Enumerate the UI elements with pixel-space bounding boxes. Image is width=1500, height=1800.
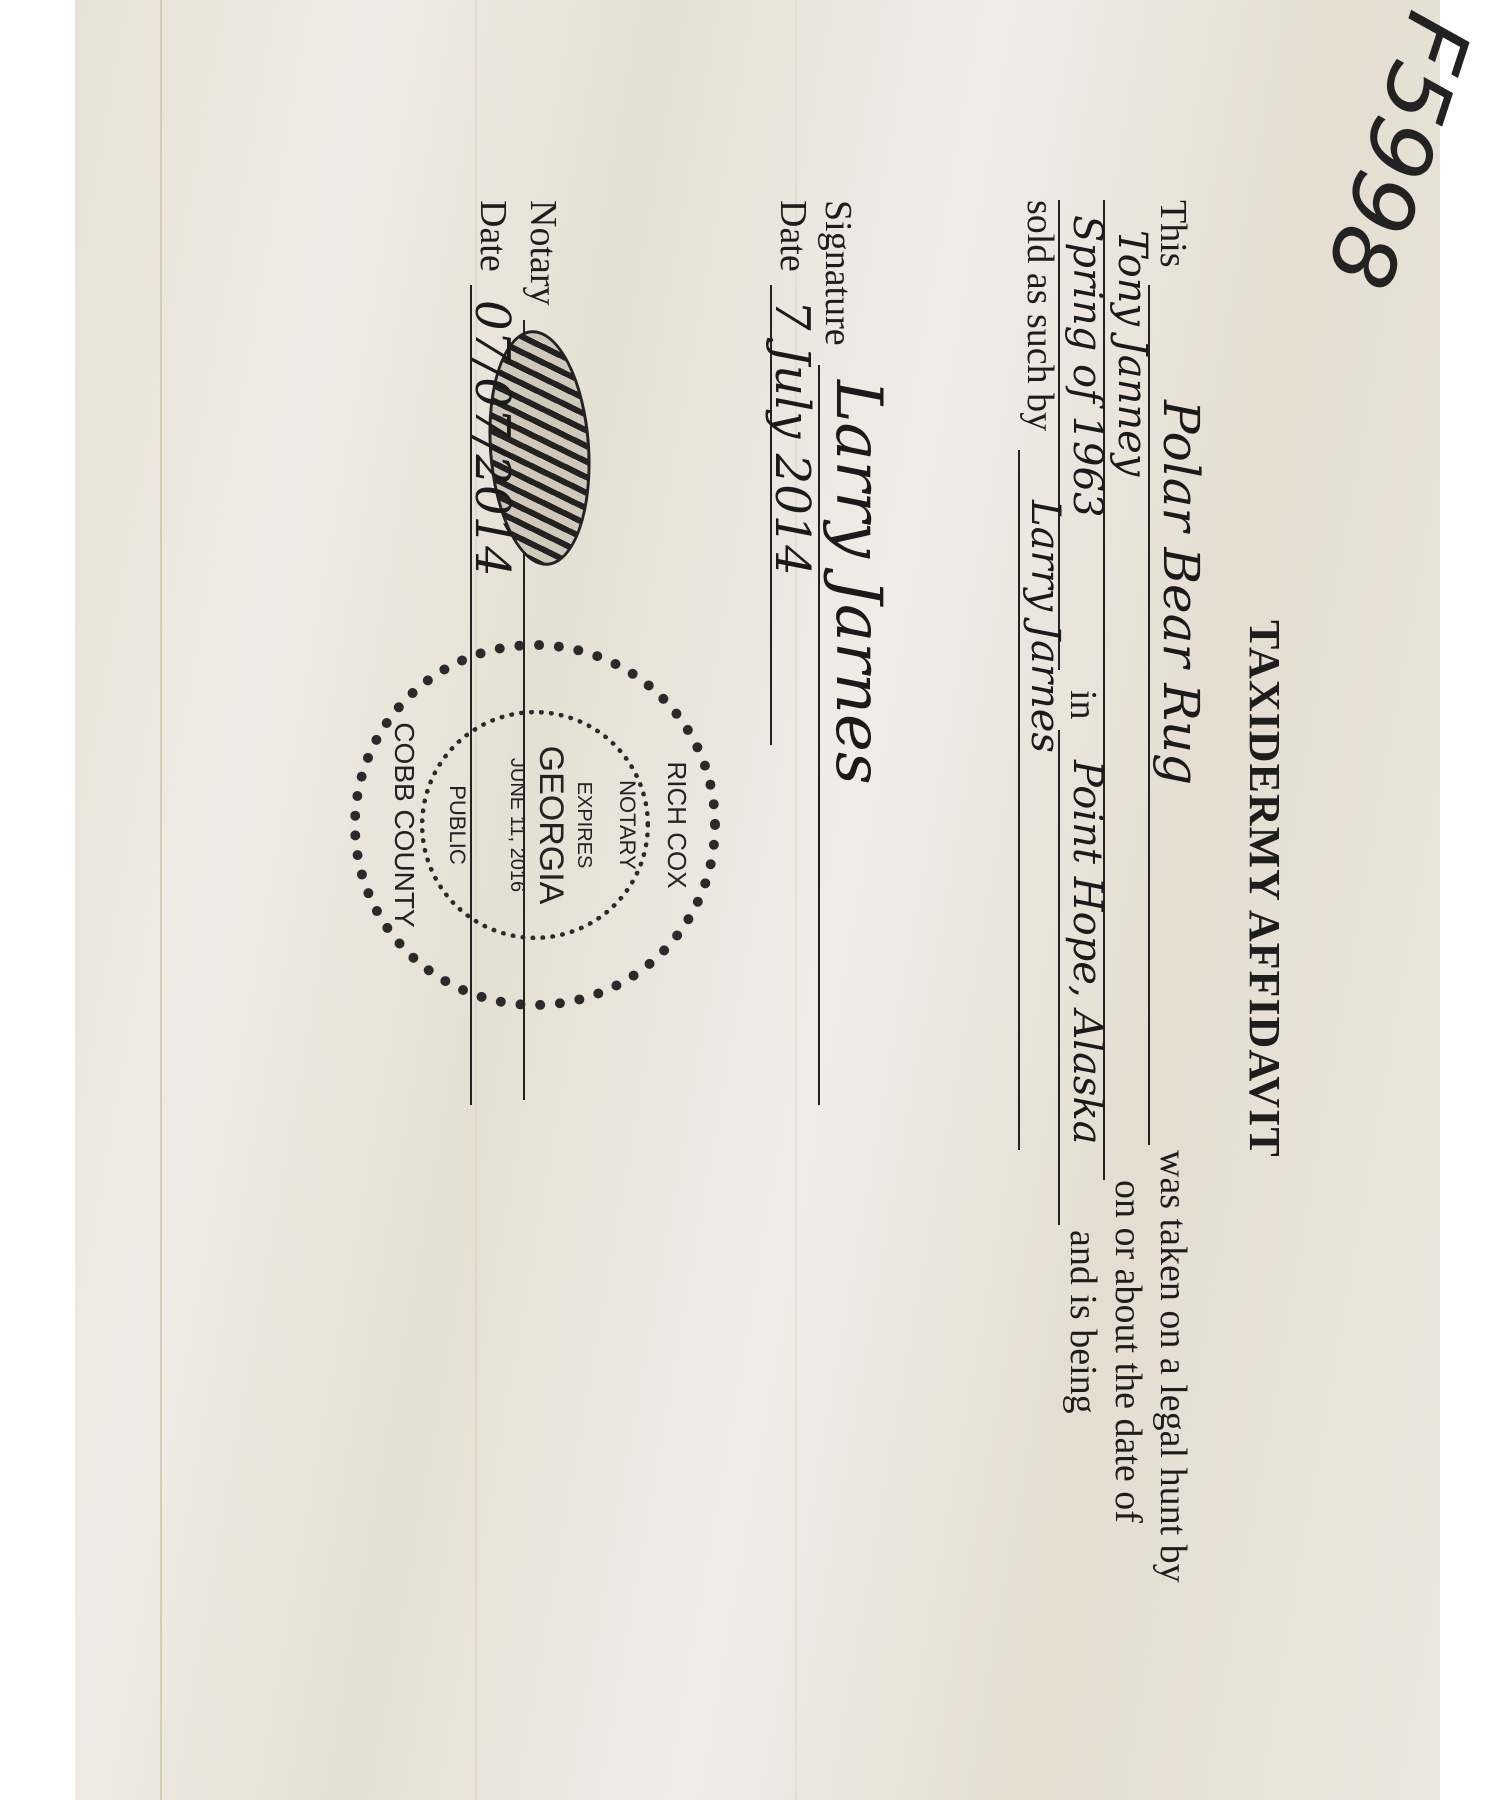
seal-expires-date: JUNE 11, 2016 xyxy=(505,650,528,1000)
notary-date-field: 07/07/2014 xyxy=(464,300,520,577)
signature-field: Larry Jarnes xyxy=(821,380,895,785)
corner-note: F5998 xyxy=(1304,1,1491,301)
seal-expires-label: EXPIRES xyxy=(572,650,595,1000)
seller-field: Larry Jarnes xyxy=(1022,500,1068,753)
on-date-text: on or about the date of xyxy=(1106,1180,1150,1523)
document-title: TAXIDERMY AFFIDAVIT xyxy=(1239,620,1290,1158)
seal-county: COBB COUNTY xyxy=(388,650,420,1000)
hunter-field: Tony Janney xyxy=(1109,230,1155,476)
seal-notary: NOTARY xyxy=(614,650,640,1000)
signature-label: Signature xyxy=(816,200,860,346)
location-line xyxy=(1058,730,1060,1225)
this-label: This xyxy=(1151,200,1195,268)
notary-label: Notary xyxy=(521,200,565,306)
item-field: Polar Bear Rug xyxy=(1152,400,1210,785)
sold-label: sold as such by xyxy=(1018,200,1062,431)
rotated-document: F5998 TAXIDERMY AFFIDAVIT This Polar Bea… xyxy=(75,0,1440,1800)
notary-seal: RICH COX NOTARY EXPIRES GEORGIA JUNE 11,… xyxy=(350,640,720,1010)
date-label: Date xyxy=(771,200,815,272)
taken-text: was taken on a legal hunt by xyxy=(1151,1150,1195,1583)
seal-state: GEORGIA xyxy=(531,650,570,1000)
date-field: Spring of 1963 xyxy=(1064,215,1110,517)
being-text: and is being xyxy=(1061,1230,1105,1414)
location-field: Point Hope, Alaska xyxy=(1064,760,1110,1145)
signature-date-field: 7 July 2014 xyxy=(764,300,820,576)
seal-public: PUBLIC xyxy=(444,650,470,1000)
notary-date-label: Date xyxy=(471,200,515,272)
seller-line xyxy=(1018,450,1020,1150)
seal-name: RICH COX xyxy=(661,650,692,1000)
